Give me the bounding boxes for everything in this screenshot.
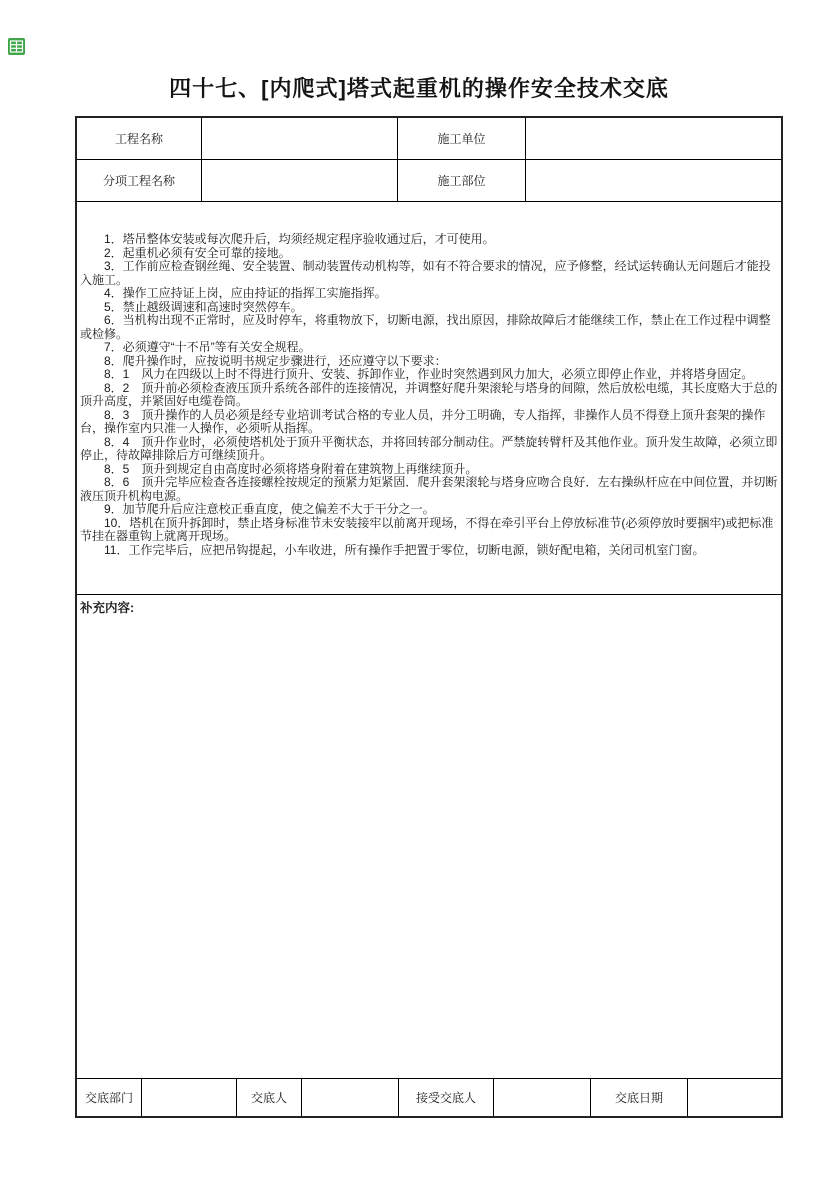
safety-instruction-item: 6．当机构出现不正常时，应及时停车，将重物放下，切断电源，找出原因，排除故障后才… [80,314,778,341]
construction-part-label: 施工部位 [398,160,526,201]
info-row-project: 工程名称 施工单位 [77,118,781,160]
page-title: 四十七、[内爬式]塔式起重机的操作安全技术交底 [0,72,838,103]
disclosing-department-label: 交底部门 [77,1079,142,1116]
disclosure-date-field[interactable] [688,1079,781,1116]
supplement-row: 补充内容: [77,595,781,1079]
safety-instruction-item: 2．起重机必须有安全可靠的接地。 [80,247,778,261]
safety-instruction-item: 7．必须遵守“十不吊”等有关安全规程。 [80,341,778,355]
construction-unit-label: 施工单位 [398,118,526,159]
disclosing-department-field[interactable] [142,1079,237,1116]
supplement-area[interactable]: 补充内容: [77,595,781,1078]
safety-instruction-item: 8．5 顶升到规定自由高度时必须将塔身附着在建筑物上再继续顶升。 [80,463,778,477]
safety-instruction-item: 8．6 顶升完毕应检查各连接螺栓按规定的预紧力矩紧固．爬升套架滚轮与塔身应吻合良… [80,476,778,503]
safety-instruction-item: 11．工作完毕后，应把吊钩提起，小车收进，所有操作手把置于零位，切断电源，锁好配… [80,544,778,558]
safety-instruction-item: 8．2 顶升前必须检查液压顶升系统各部件的连接情况，并调整好爬升架滚轮与塔身的间… [80,382,778,409]
project-name-field[interactable] [202,118,398,159]
subproject-name-field[interactable] [202,160,398,201]
safety-instruction-item: 5．禁止越级调速和高速时突然停车。 [80,301,778,315]
discloser-field[interactable] [302,1079,399,1116]
safety-instruction-item: 4．操作工应持证上岗，应由持证的指挥工实施指挥。 [80,287,778,301]
receiver-field[interactable] [494,1079,591,1116]
table-doc-icon[interactable] [8,38,25,55]
disclosure-date-label: 交底日期 [591,1079,688,1116]
construction-unit-field[interactable] [526,118,781,159]
safety-instruction-item: 1．塔吊整体安装或每次爬升后，均须经规定程序验收通过后，才可使用。 [80,233,778,247]
safety-instruction-item: 10．塔机在顶升拆卸时，禁止塔身标准节未安装接牢以前离开现场，不得在牵引平台上停… [80,517,778,544]
safety-instruction-item: 8．4 顶升作业时，必须使塔机处于顶升平衡状态，并将回转部分制动住。严禁旋转臂杆… [80,436,778,463]
safety-instructions-text: 1．塔吊整体安装或每次爬升后，均须经规定程序验收通过后，才可使用。2．起重机必须… [77,202,781,594]
safety-instruction-item: 8．1 风力在四级以上时不得进行顶升、安装、拆卸作业，作业时突然遇到风力加大，必… [80,368,778,382]
safety-instruction-item: 8．爬升操作时，应按说明书规定步骤进行，还应遵守以下要求： [80,355,778,369]
receiver-label: 接受交底人 [399,1079,494,1116]
safety-instruction-item: 8．3 顶升操作的人员必须是经专业培训考试合格的专业人员，并分工明确，专人指挥，… [80,409,778,436]
construction-part-field[interactable] [526,160,781,201]
safety-instruction-item: 9．加节爬升后应注意校正垂直度，使之偏差不大于干分之一。 [80,503,778,517]
safety-instructions-row: 1．塔吊整体安装或每次爬升后，均须经规定程序验收通过后，才可使用。2．起重机必须… [77,202,781,595]
safety-instruction-item: 3．工作前应检查钢丝绳、安全装置、制动装置传动机构等，如有不符合要求的情况，应予… [80,260,778,287]
subproject-name-label: 分项工程名称 [77,160,202,201]
document-page: { "icon": { "name": "table-doc-icon", "c… [0,0,838,1186]
disclosure-form-table: 工程名称 施工单位 分项工程名称 施工部位 1．塔吊整体安装或每次爬升后，均须经… [75,116,783,1118]
project-name-label: 工程名称 [77,118,202,159]
discloser-label: 交底人 [237,1079,302,1116]
supplement-label: 补充内容: [80,601,134,615]
signature-row: 交底部门 交底人 接受交底人 交底日期 [77,1079,781,1116]
info-row-subproject: 分项工程名称 施工部位 [77,160,781,202]
